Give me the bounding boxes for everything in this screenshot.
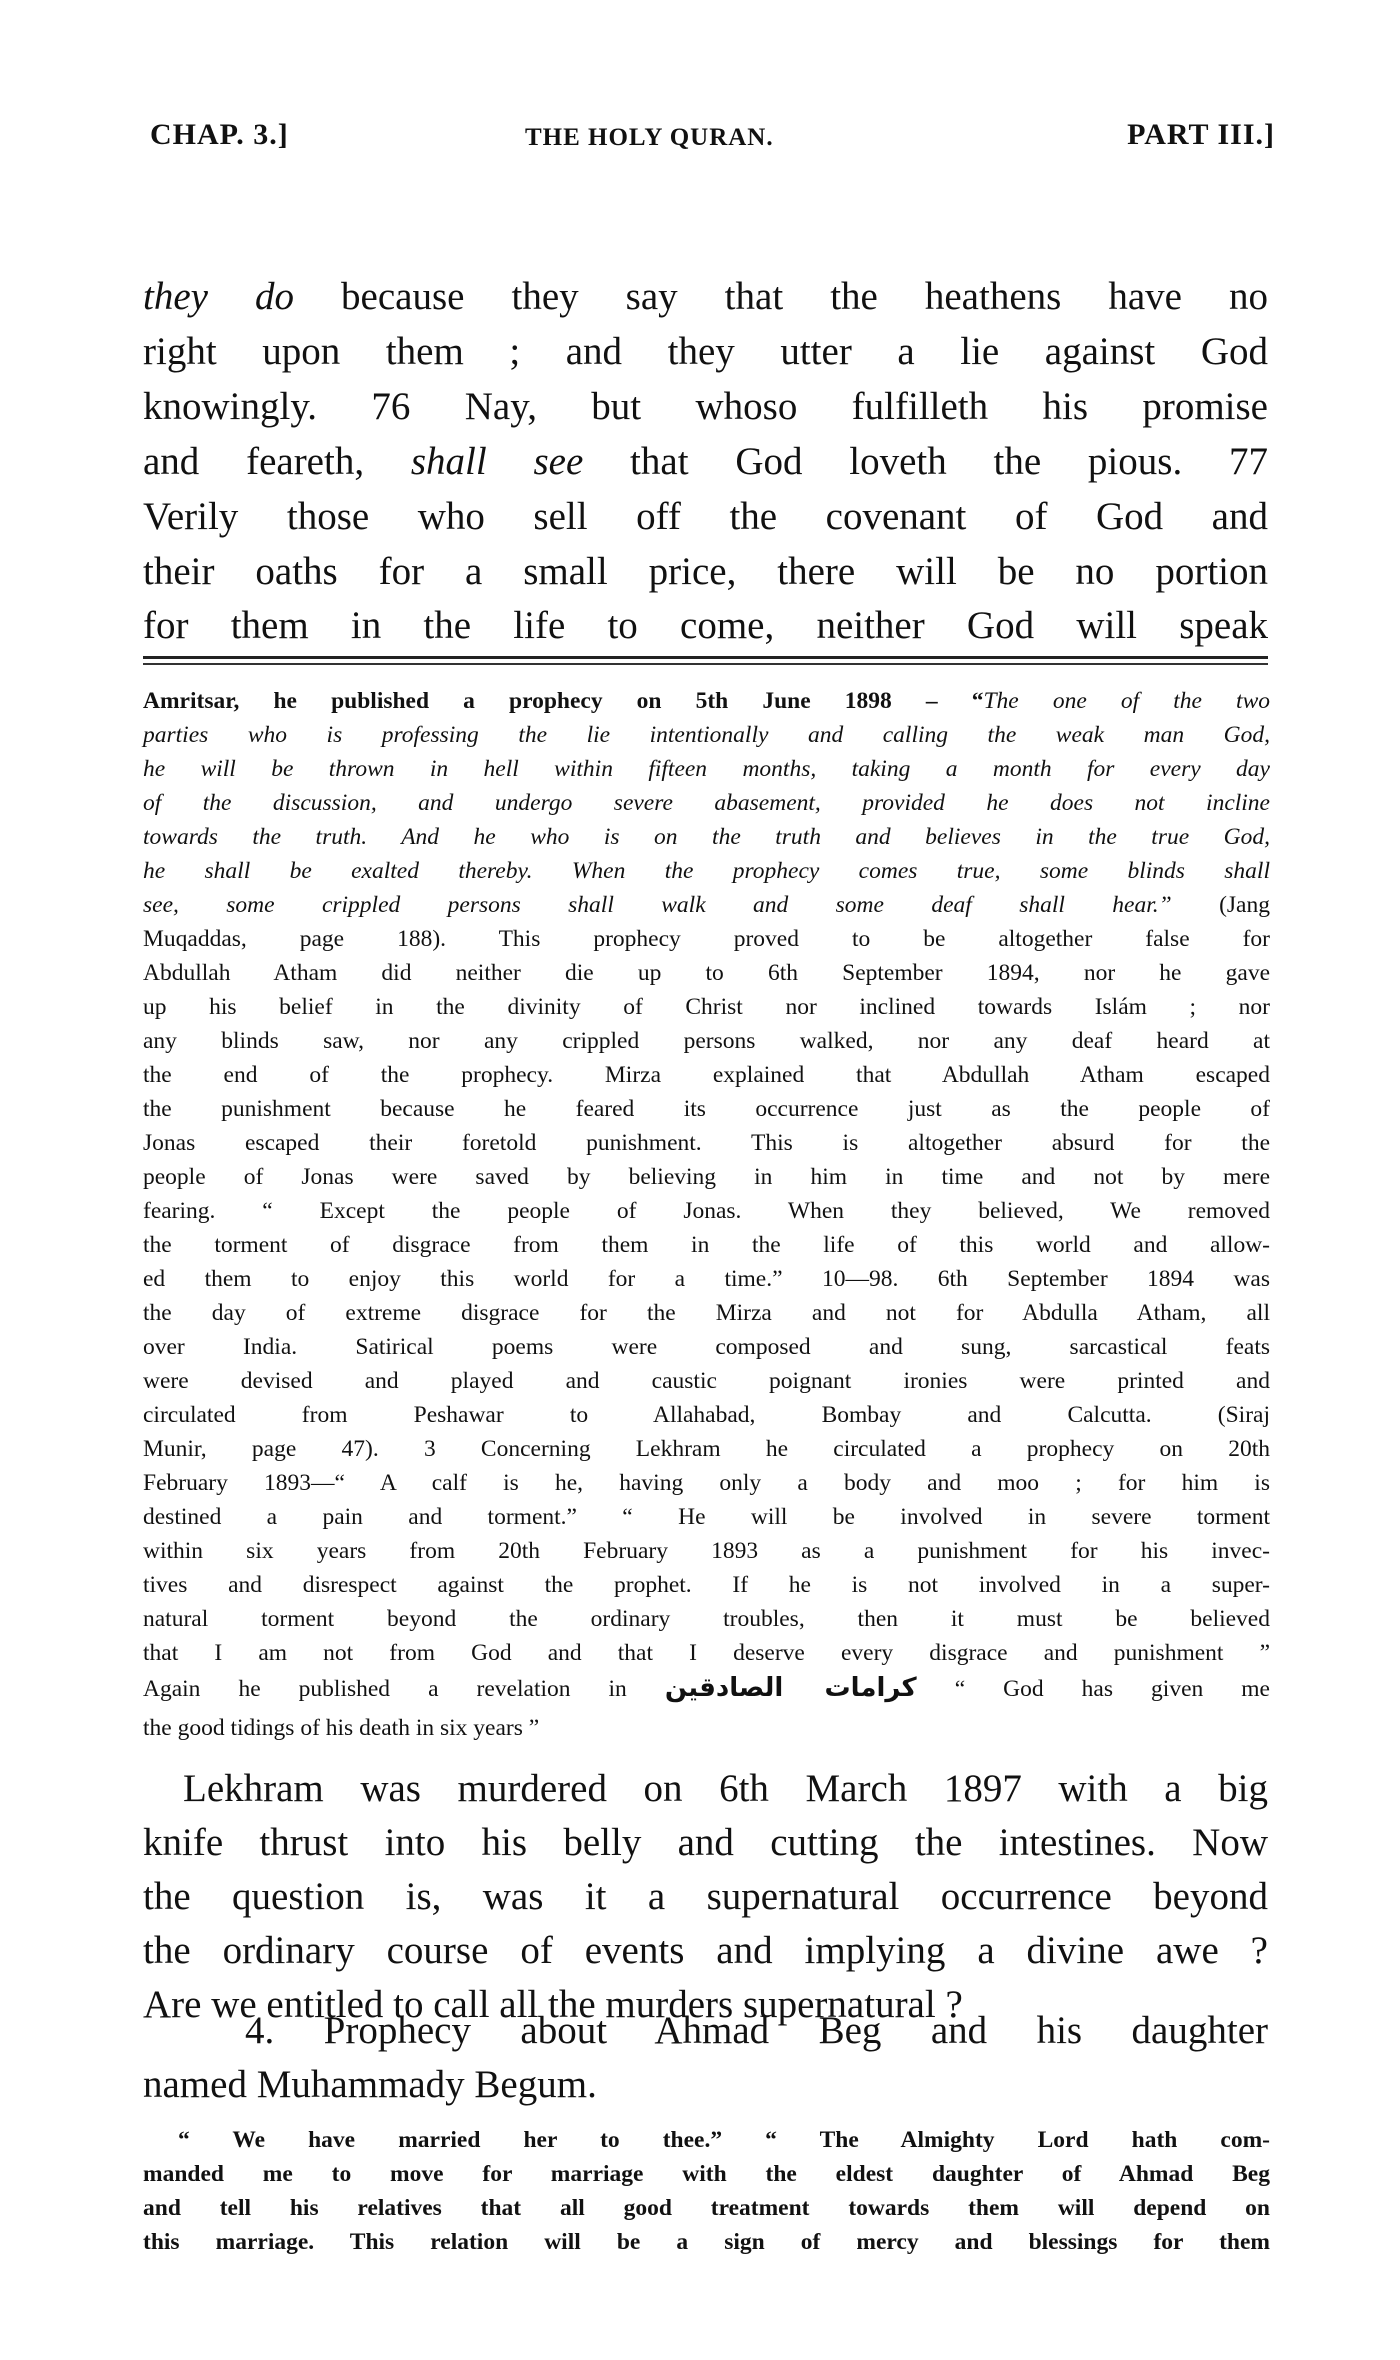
commentary-line: up his belief in the divinity of Christ … xyxy=(143,992,1270,1022)
commentary-line: circulated from Peshawar to Allahabad, B… xyxy=(143,1400,1270,1430)
commentary-line: the good tidings of his death in six yea… xyxy=(143,1713,1270,1743)
text: (Jang xyxy=(1172,892,1270,918)
commentary-line: Jonas escaped their foretold punishment.… xyxy=(143,1128,1270,1158)
commentary-line: any blinds saw, nor any crippled persons… xyxy=(143,1026,1270,1056)
commentary-line: ed them to enjoy this world for a time.”… xyxy=(143,1264,1270,1294)
commentary-line: Again he published a revelation in كراما… xyxy=(143,1673,1270,1703)
commentary-line: Abdullah Atham did neither die up to 6th… xyxy=(143,958,1270,988)
commentary-line: the end of the prophecy. Mirza explained… xyxy=(143,1060,1270,1090)
commentary-line: over India. Satirical poems were compose… xyxy=(143,1332,1270,1362)
paragraph-line: manded me to move for marriage with the … xyxy=(143,2159,1270,2189)
commentary-line: towards the truth. And he who is on the … xyxy=(143,822,1270,852)
commentary-line: Amritsar, he published a prophecy on 5th… xyxy=(143,686,1270,716)
commentary-line: the torment of disgrace from them in the… xyxy=(143,1230,1270,1260)
commentary-line: people of Jonas were saved by believing … xyxy=(143,1162,1270,1192)
chapter-label: CHAP. 3.] xyxy=(150,118,289,152)
italic-text: they do xyxy=(143,275,294,318)
translation-line: right upon them ; and they utter a lie a… xyxy=(143,327,1268,377)
commentary-line: he will be thrown in hell within fifteen… xyxy=(143,754,1270,784)
scanned-book-page: CHAP. 3.] THE HOLY QURAN. PART III.] the… xyxy=(0,0,1400,2360)
part-label: PART III.] xyxy=(1127,118,1275,152)
commentary-line: destined a pain and torment.” “ He will … xyxy=(143,1502,1270,1532)
commentary-line: natural torment beyond the ordinary trou… xyxy=(143,1604,1270,1634)
body-line: knife thrust into his belly and cutting … xyxy=(143,1818,1268,1868)
italic-text: shall see xyxy=(411,440,583,483)
text: and feareth, xyxy=(143,440,411,483)
book-title: THE HOLY QURAN. xyxy=(525,124,774,152)
paragraph-line: and tell his relatives that all good tre… xyxy=(143,2193,1270,2223)
translation-line: they do because they say that the heathe… xyxy=(143,272,1268,322)
commentary-line: the punishment because he feared its occ… xyxy=(143,1094,1270,1124)
commentary-line: within six years from 20th February 1893… xyxy=(143,1536,1270,1566)
paragraph-line: “ We have married her to thee.” “ The Al… xyxy=(178,2125,1270,2155)
text: Again he published a revelation in xyxy=(143,1676,627,1702)
commentary-line: see, some crippled persons shall walk an… xyxy=(143,890,1270,920)
body-line: the ordinary course of events and implyi… xyxy=(143,1926,1268,1976)
commentary-line: tives and disrespect against the prophet… xyxy=(143,1570,1270,1600)
commentary-line: February 1893—“ A calf is he, having onl… xyxy=(143,1468,1270,1498)
section-heading-line: named Muhammady Begum. xyxy=(143,2060,1268,2110)
commentary-line: fearing. “ Except the people of Jonas. W… xyxy=(143,1196,1270,1226)
section-heading-line: 4. Prophecy about Ahmad Beg and his daug… xyxy=(245,2006,1268,2056)
translation-line: their oaths for a small price, there wil… xyxy=(143,547,1268,597)
commentary-line: Muqaddas, page 188). This prophecy prove… xyxy=(143,924,1270,954)
body-line: Lekhram was murdered on 6th March 1897 w… xyxy=(183,1764,1268,1814)
footnote-divider-bottom xyxy=(143,663,1268,665)
running-header: CHAP. 3.] THE HOLY QURAN. PART III.] xyxy=(150,118,1275,168)
body-line: the question is, was it a supernatural o… xyxy=(143,1872,1268,1922)
translation-line: for them in the life to come, neither Go… xyxy=(143,601,1268,651)
commentary-line: of the discussion, and undergo severe ab… xyxy=(143,788,1270,818)
commentary-line: the day of extreme disgrace for the Mirz… xyxy=(143,1298,1270,1328)
translation-line: knowingly. 76 Nay, but whoso fulfilleth … xyxy=(143,382,1268,432)
arabic-book-title: كرامات الصادقين xyxy=(665,1673,917,1703)
commentary-line: were devised and played and caustic poig… xyxy=(143,1366,1270,1396)
text: because they say that the heathens have … xyxy=(294,275,1268,318)
commentary-line: Munir, page 47). 3 Concerning Lekhram he… xyxy=(143,1434,1270,1464)
commentary-line: he shall be exalted thereby. When the pr… xyxy=(143,856,1270,886)
commentary-line: parties who is professing the lie intent… xyxy=(143,720,1270,750)
text: “ God has given me xyxy=(955,1676,1270,1702)
footnote-divider-top xyxy=(143,656,1268,659)
translation-line: and feareth, shall see that God loveth t… xyxy=(143,437,1268,487)
italic-text: The one of the two xyxy=(983,688,1270,714)
italic-text: see, some crippled persons shall walk an… xyxy=(143,892,1172,918)
paragraph-line: this marriage. This relation will be a s… xyxy=(143,2227,1270,2257)
commentary-line: that I am not from God and that I deserv… xyxy=(143,1638,1270,1668)
translation-line: Verily those who sell off the covenant o… xyxy=(143,492,1268,542)
text: that God loveth the pious. 77 xyxy=(583,440,1268,483)
text: Amritsar, he published a prophecy on 5th… xyxy=(143,688,983,714)
